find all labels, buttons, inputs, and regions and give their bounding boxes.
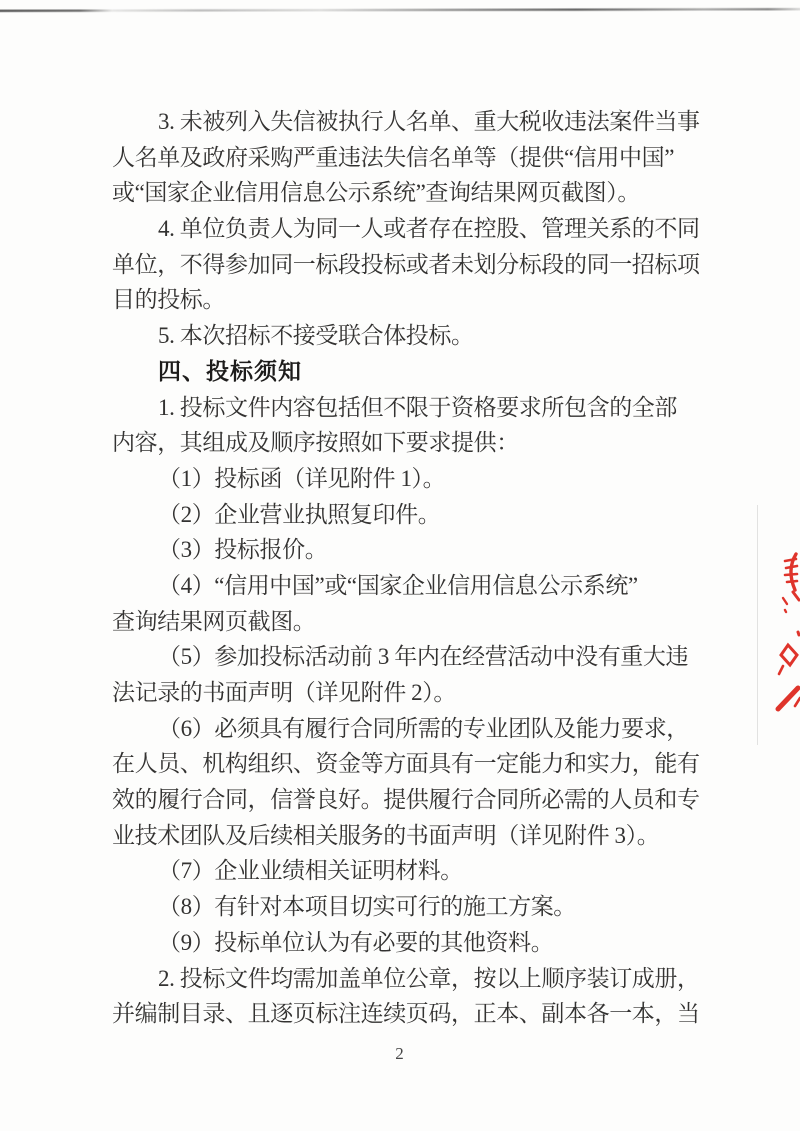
text-line: 单位，不得参加同一标段投标或者未划分标段的同一招标项 xyxy=(112,247,692,283)
text-line: （1）投标函（详见附件 1）。 xyxy=(112,461,692,497)
text-line: （4）“信用中国”或“国家企业信用信息公示系统” xyxy=(112,568,692,604)
text-line: 并编制目录、且逐页标注连续页码，正本、副本各一本，当 xyxy=(112,996,692,1032)
scan-artifact-line xyxy=(0,7,800,13)
text-line: 四、投标须知 xyxy=(112,354,692,390)
text-line: 人名单及政府采购严重违法失信名单等（提供“信用中国” xyxy=(112,140,692,176)
text-line: 2. 投标文件均需加盖单位公章，按以上顺序装订成册， xyxy=(112,961,692,997)
text-line: 4. 单位负责人为同一人或者存在控股、管理关系的不同 xyxy=(112,211,692,247)
text-line: （7）企业业绩相关证明材料。 xyxy=(112,853,692,889)
scanned-document-page: 3. 未被列入失信被执行人名单、重大税收违法案件当事人名单及政府采购严重违法失信… xyxy=(0,0,800,1131)
text-line: 在人员、机构组织、资金等方面具有一定能力和实力，能有 xyxy=(112,746,692,782)
text-line: 内容，其组成及顺序按照如下要求提供： xyxy=(112,425,692,461)
text-line: 效的履行合同，信誉良好。提供履行合同所必需的人员和专 xyxy=(112,782,692,818)
text-line: 1. 投标文件内容包括但不限于资格要求所包含的全部 xyxy=(112,390,692,426)
red-seal-stamp-fragment xyxy=(774,548,800,723)
text-line: 3. 未被列入失信被执行人名单、重大税收违法案件当事 xyxy=(112,104,692,140)
text-line: （2）企业营业执照复印件。 xyxy=(112,497,692,533)
text-line: 查询结果网页截图。 xyxy=(112,604,692,640)
text-line: （5）参加投标活动前 3 年内在经营活动中没有重大违 xyxy=(112,639,692,675)
red-seal-icon xyxy=(774,548,800,723)
text-line: 或“国家企业信用信息公示系统”查询结果网页截图）。 xyxy=(112,175,692,211)
text-line: （9）投标单位认为有必要的其他资料。 xyxy=(112,925,692,961)
text-line: 目的投标。 xyxy=(112,282,692,318)
text-line: 业技术团队及后续相关服务的书面声明（详见附件 3）。 xyxy=(112,818,692,854)
page-number: 2 xyxy=(0,1044,800,1064)
text-line: 5. 本次招标不接受联合体投标。 xyxy=(112,318,692,354)
text-line: （8）有针对本项目切实可行的施工方案。 xyxy=(112,889,692,925)
text-line: （3）投标报价。 xyxy=(112,532,692,568)
scan-artifact-streak xyxy=(757,505,758,745)
text-line: 法记录的书面声明（详见附件 2）。 xyxy=(112,675,692,711)
document-text: 3. 未被列入失信被执行人名单、重大税收违法案件当事人名单及政府采购严重违法失信… xyxy=(112,104,692,1032)
text-line: （6）必须具有履行合同所需的专业团队及能力要求， xyxy=(112,711,692,747)
